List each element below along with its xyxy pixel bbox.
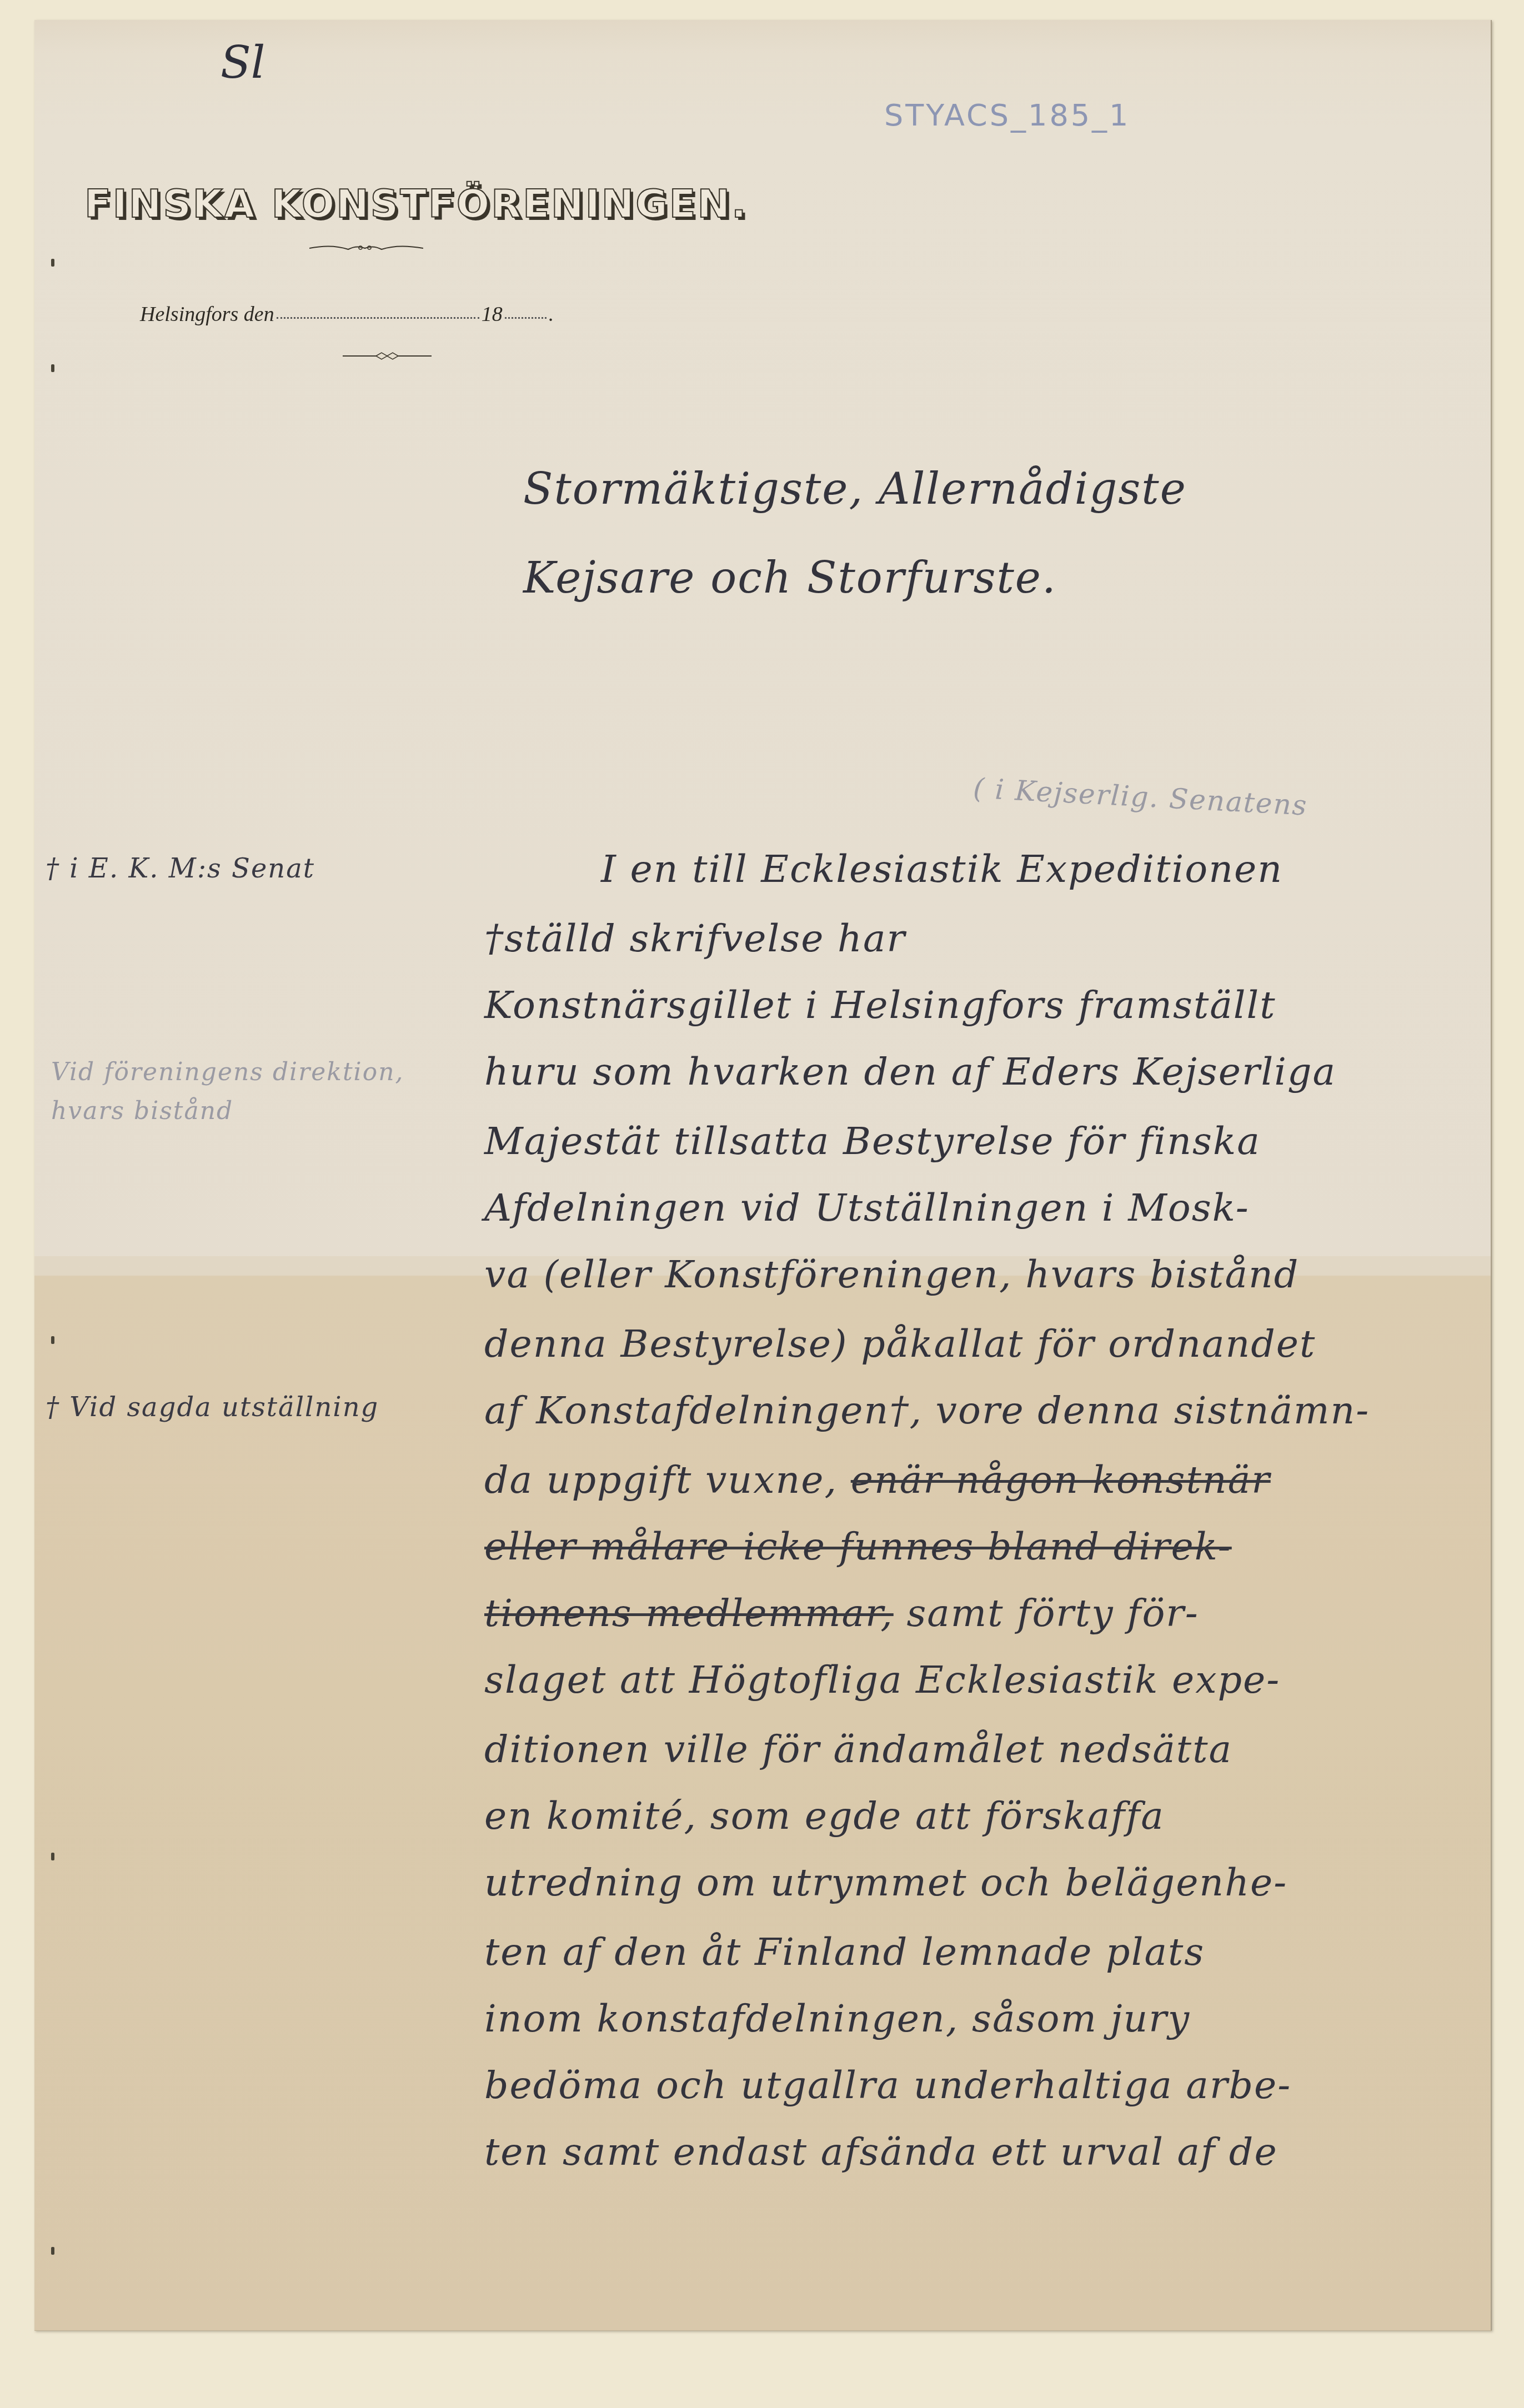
body-line: ten af den åt Finland lemnade plats xyxy=(484,1930,1205,1974)
body-line: ditionen ville för ändamålet nedsätta xyxy=(484,1728,1232,1772)
archive-code: STYACS_185_1 xyxy=(884,98,1130,133)
body-line: va (eller Konstföreningen, hvars bistånd xyxy=(484,1253,1299,1297)
body-text: samt förty för- xyxy=(906,1592,1199,1636)
year-prefix: 18 xyxy=(482,302,503,327)
body-line: denna Bestyrelse) påkallat för ordnandet xyxy=(484,1322,1316,1366)
body-line: da uppgift vuxne, enär någon konstnär xyxy=(484,1458,1271,1502)
interlinear-insert: ( i Kejserlig. Senatens xyxy=(972,772,1309,821)
corner-mark: Sl xyxy=(220,37,265,88)
document-sheet: Sl STYACS_185_1 FINSKA KONSTFÖRENINGEN. … xyxy=(34,20,1492,2331)
body-line: inom konstafdelningen, såsom jury xyxy=(484,1997,1190,2041)
body-line: huru som hvarken den af Eders Kejserliga xyxy=(484,1050,1336,1094)
body-line: tionens medlemmar, samt förty för- xyxy=(484,1592,1199,1636)
place-label: Helsingfors den xyxy=(140,302,274,327)
binding-hole xyxy=(51,2247,54,2255)
salutation-line: Stormäktigste, Allernådigste xyxy=(523,464,1187,514)
body-line: slaget att Högtofliga Ecklesiastik expe- xyxy=(484,1658,1280,1702)
binding-hole xyxy=(51,259,54,267)
margin-note: † Vid sagda utställning xyxy=(46,1392,379,1423)
binding-hole xyxy=(51,364,54,372)
body-line: eller målare icke funnes bland direk- xyxy=(484,1525,1232,1569)
body-line: I en till Ecklesiastik Expeditionen xyxy=(601,847,1283,891)
body-line: ten samt endast afsända ett urval af de xyxy=(484,2130,1278,2174)
date-blank xyxy=(277,317,479,319)
body-line: Konstnärsgillet i Helsingfors framställt xyxy=(484,984,1276,1027)
body-line: utredning om utrymmet och belägenhe- xyxy=(484,1861,1287,1905)
margin-note: Vid föreningens direktion, hvars bistånd xyxy=(51,1053,473,1131)
body-line: bedöma och utgallra underhaltiga arbe- xyxy=(484,2064,1291,2108)
end-mark: . xyxy=(549,302,554,327)
struck-text: eller målare icke funnes bland direk- xyxy=(484,1525,1232,1569)
binding-hole xyxy=(51,1336,54,1344)
letterhead-title: FINSKA KONSTFÖRENINGEN. xyxy=(84,181,748,227)
binding-hole xyxy=(51,1853,54,1860)
body-line: Afdelningen vid Utställningen i Mosk- xyxy=(484,1186,1250,1230)
body-line: en komité, som egde att förskaffa xyxy=(484,1794,1165,1838)
body-text: da uppgift vuxne, xyxy=(484,1458,838,1502)
ornament-divider-icon xyxy=(309,239,423,256)
ornament-divider-icon xyxy=(343,350,432,362)
struck-text: enär någon konstnär xyxy=(851,1458,1271,1502)
place-date-line: Helsingfors den 18 . xyxy=(140,302,554,327)
struck-text: tionens medlemmar, xyxy=(484,1592,894,1636)
body-line: Majestät tillsatta Bestyrelse för finska xyxy=(484,1120,1261,1163)
margin-note: † i E. K. M:s Senat xyxy=(46,853,315,884)
year-blank xyxy=(505,317,547,319)
body-line: †ställd skrifvelse har xyxy=(484,917,906,961)
body-line: af Konstafdelningen†, vore denna sistnäm… xyxy=(484,1389,1370,1433)
salutation-line: Kejsare och Storfurste. xyxy=(523,553,1057,603)
